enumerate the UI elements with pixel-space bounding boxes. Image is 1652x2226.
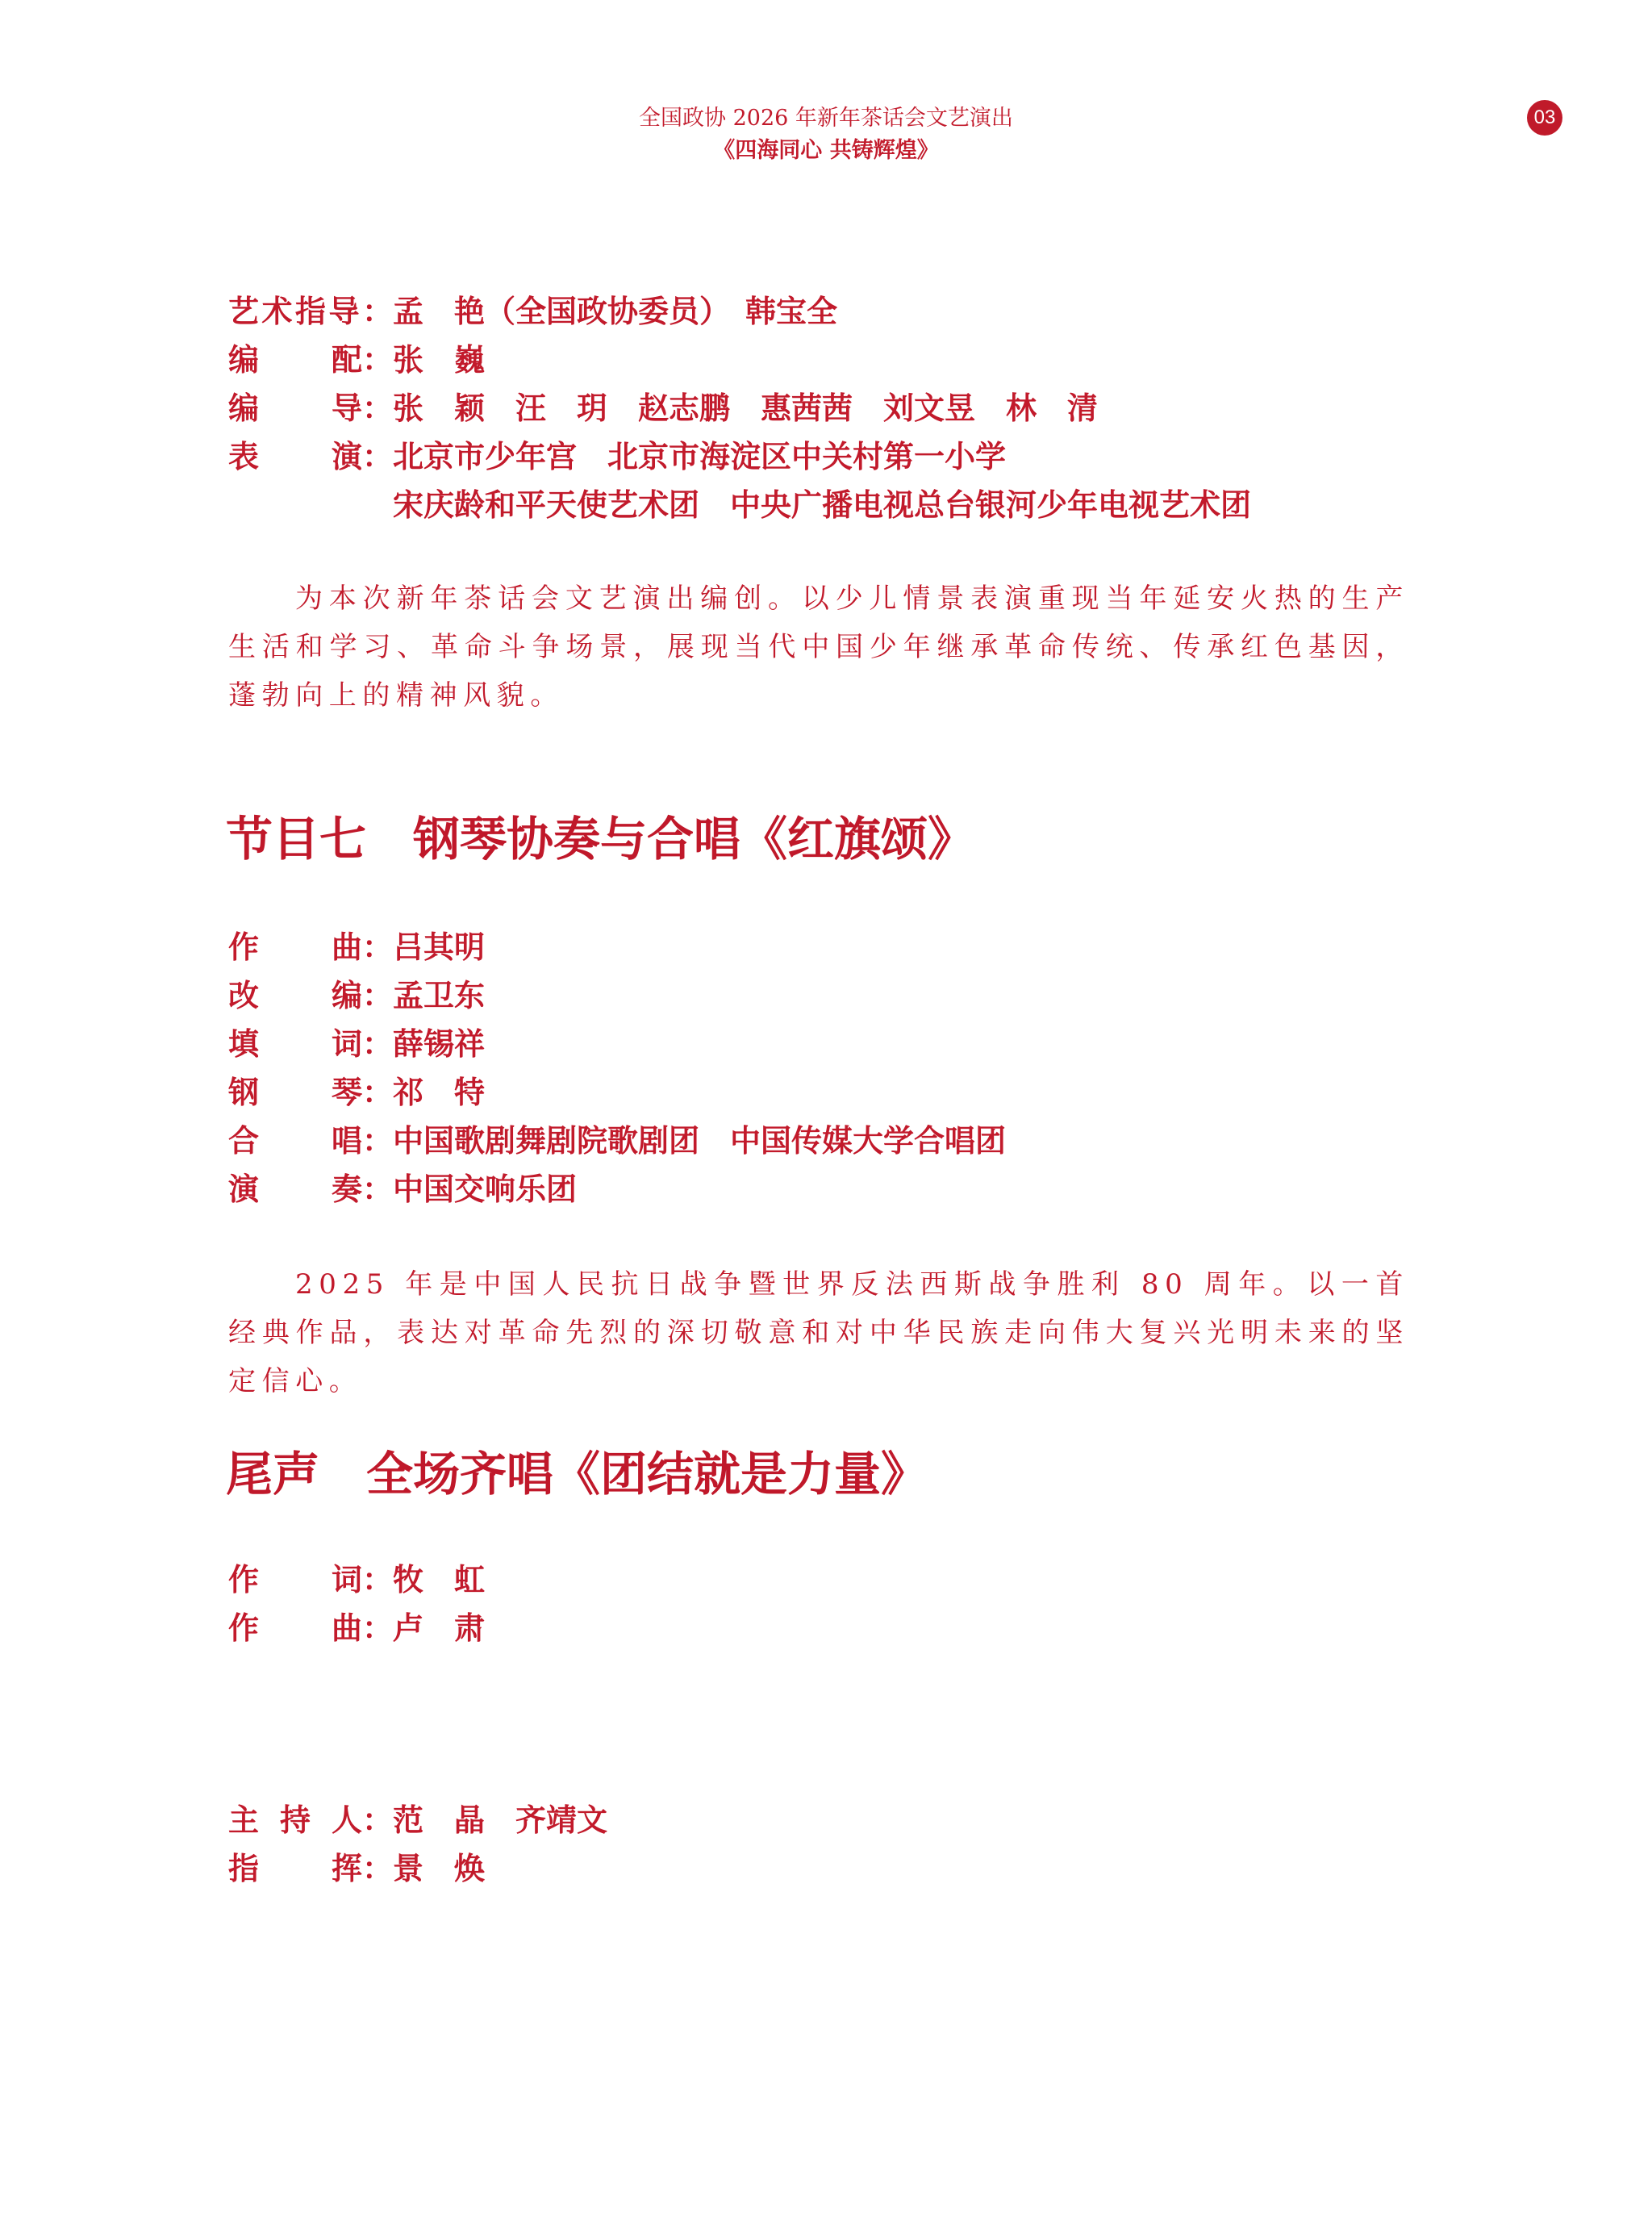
section-seven-credits: 作曲： 吕其明 改编： 孟卫东 填词： 薛锡祥 钢琴： 祁 特 合唱： 中国歌剧… (228, 920, 1006, 1210)
credit-label: 编配： (228, 335, 393, 379)
credit-value: 孟卫东 (393, 971, 485, 1015)
section-seven-heading: 节目七 钢琴协奏与合唱《红旗颂》 (226, 811, 974, 867)
finale-heading: 尾声 全场齐唱《团结就是力量》 (226, 1446, 928, 1502)
credit-row-conductor: 指挥： 景 焕 (228, 1841, 607, 1890)
credit-row-orchestra: 演奏： 中国交响乐团 (228, 1162, 1006, 1210)
credit-value: 宋庆龄和平天使艺术团 中央广播电视总台银河少年电视艺术团 (393, 480, 1251, 524)
section-six-credits: 艺术指导： 孟 艳（全国政协委员） 韩宝全 编配： 张 巍 编导： 张 颖 汪 … (228, 284, 1251, 526)
credit-row-choreographer: 编导： 张 颖 汪 玥 赵志鹏 惠茜茜 刘文昱 林 清 (228, 381, 1251, 429)
credit-label: 编导： (228, 383, 393, 428)
credit-value: 中国交响乐团 (393, 1164, 577, 1209)
event-title: 全国政协 2026 年新年茶话会文艺演出 (0, 103, 1652, 134)
credit-label: 作曲： (228, 1603, 393, 1648)
credit-row-chorus: 合唱： 中国歌剧舞剧院歌剧团 中国传媒大学合唱团 (228, 1113, 1006, 1162)
credit-value: 薛锡祥 (393, 1019, 485, 1063)
credit-row-lyricist: 填词： 薛锡祥 (228, 1017, 1006, 1065)
credit-label: 艺术指导： (228, 286, 393, 331)
credit-label: 指挥： (228, 1844, 393, 1888)
page-number-badge: 03 (1527, 100, 1562, 136)
credit-value: 张 巍 (393, 335, 485, 379)
credit-row-performers-continued: 宋庆龄和平天使艺术团 中央广播电视总台银河少年电视艺术团 (228, 478, 1251, 526)
credit-row-arranger: 编配： 张 巍 (228, 332, 1251, 381)
credit-label: 演奏： (228, 1164, 393, 1209)
credit-value: 景 焕 (393, 1844, 485, 1888)
credit-row-composer: 作曲： 吕其明 (228, 920, 1006, 968)
credit-value: 中国歌剧舞剧院歌剧团 中国传媒大学合唱团 (393, 1116, 1006, 1160)
credit-row-performers: 表演： 北京市少年宫 北京市海淀区中关村第一小学 (228, 429, 1251, 478)
credit-row-pianist: 钢琴： 祁 特 (228, 1065, 1006, 1113)
section-six-description: 为本次新年茶话会文艺演出编创。以少儿情景表演重现当年延安火热的生产生活和学习、革… (228, 574, 1409, 720)
credit-label: 主持人： (228, 1795, 393, 1840)
credit-label: 作曲： (228, 922, 393, 967)
credit-value: 牧 虹 (393, 1555, 485, 1599)
hosts-credits: 主持人： 范 晶 齐靖文 指挥： 景 焕 (228, 1793, 607, 1890)
credit-row-lyricist: 作词： 牧 虹 (228, 1552, 485, 1601)
credit-label: 改编： (228, 971, 393, 1015)
credit-label: 钢琴： (228, 1067, 393, 1112)
finale-credits: 作词： 牧 虹 作曲： 卢 肃 (228, 1552, 485, 1649)
credit-row-art-director: 艺术指导： 孟 艳（全国政协委员） 韩宝全 (228, 284, 1251, 332)
credit-value: 北京市少年宫 北京市海淀区中关村第一小学 (393, 432, 1006, 476)
credit-value: 吕其明 (393, 922, 485, 967)
credit-value: 范 晶 齐靖文 (393, 1795, 607, 1840)
credit-row-hosts: 主持人： 范 晶 齐靖文 (228, 1793, 607, 1841)
credit-value: 祁 特 (393, 1067, 485, 1112)
event-theme: 《四海同心 共铸辉煌》 (0, 136, 1652, 166)
credit-row-composer: 作曲： 卢 肃 (228, 1601, 485, 1649)
credit-value: 孟 艳（全国政协委员） 韩宝全 (393, 286, 837, 331)
credit-value: 张 颖 汪 玥 赵志鹏 惠茜茜 刘文昱 林 清 (393, 383, 1098, 428)
credit-label: 表演： (228, 432, 393, 476)
credit-label: 填词： (228, 1019, 393, 1063)
page-header: 全国政协 2026 年新年茶话会文艺演出 《四海同心 共铸辉煌》 (0, 103, 1652, 166)
section-seven-description: 2025 年是中国人民抗日战争暨世界反法西斯战争胜利 80 周年。以一首经典作品… (228, 1260, 1409, 1405)
credit-label: 作词： (228, 1555, 393, 1599)
credit-row-adapter: 改编： 孟卫东 (228, 968, 1006, 1017)
credit-value: 卢 肃 (393, 1603, 485, 1648)
credit-label: 合唱： (228, 1116, 393, 1160)
